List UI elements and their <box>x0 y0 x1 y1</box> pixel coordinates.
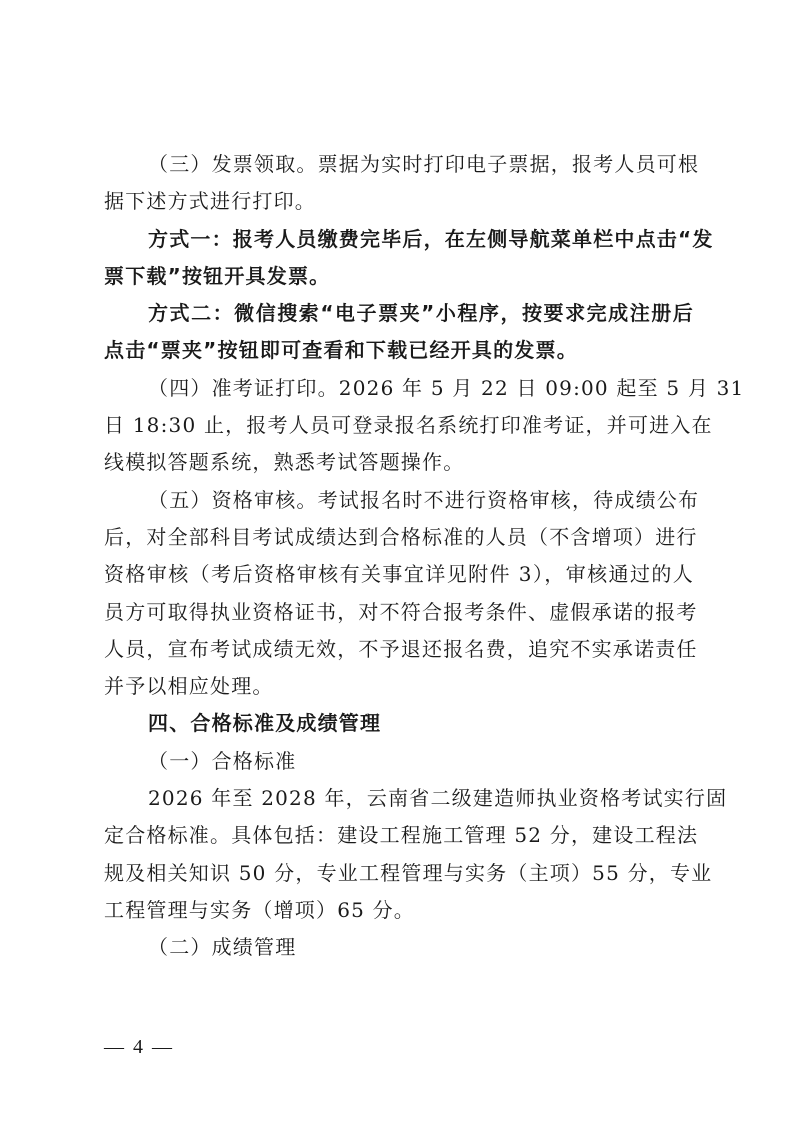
page-number: — 4 — <box>104 1036 174 1059</box>
section-heading-passing-and-scores: 四、合格标准及成绩管理 <box>104 705 694 742</box>
document-page: （三）发票领取。票据为实时打印电子票据，报考人员可根 据下述方式进行打印。 方式… <box>104 146 694 967</box>
text-line: 后，对全部科目考试成绩达到合格标准的人员（不含增项）进行 <box>104 519 694 556</box>
text-line: 票下载”按钮开具发票。 <box>104 258 694 295</box>
text-line: 工程管理与实务（增项）65 分。 <box>104 892 694 929</box>
heading-text: 四、合格标准及成绩管理 <box>104 705 694 742</box>
text-line: （四）准考证打印。2026 年 5 月 22 日 09:00 起至 5 月 31 <box>104 370 694 407</box>
text-line: 据下述方式进行打印。 <box>104 183 694 220</box>
text-line: 2026 年至 2028 年，云南省二级建造师执业资格考试实行固 <box>104 780 694 817</box>
heading-text: （一）合格标准 <box>104 743 694 780</box>
paragraph-method-one: 方式一：报考人员缴费完毕后，在左侧导航菜单栏中点击“发 票下载”按钮开具发票。 <box>104 221 694 296</box>
text-line: （三）发票领取。票据为实时打印电子票据，报考人员可根 <box>104 146 694 183</box>
text-line: 日 18:30 止，报考人员可登录报名系统打印准考证，并可进入在 <box>104 407 694 444</box>
subsection-heading-passing-standard: （一）合格标准 <box>104 743 694 780</box>
text-line: 并予以相应处理。 <box>104 668 694 705</box>
paragraph-qualification-review: （五）资格审核。考试报名时不进行资格审核，待成绩公布 后，对全部科目考试成绩达到… <box>104 482 694 706</box>
text-line: 方式一：报考人员缴费完毕后，在左侧导航菜单栏中点击“发 <box>104 221 694 258</box>
text-line: 员方可取得执业资格证书，对不符合报考条件、虚假承诺的报考 <box>104 594 694 631</box>
text-line: 定合格标准。具体包括：建设工程施工管理 52 分，建设工程法 <box>104 817 694 854</box>
text-line: 方式二：微信搜索“电子票夹”小程序，按要求完成注册后 <box>104 295 694 332</box>
paragraph-admission-ticket: （四）准考证打印。2026 年 5 月 22 日 09:00 起至 5 月 31… <box>104 370 694 482</box>
text-line: 点击“票夹”按钮即可查看和下载已经开具的发票。 <box>104 332 694 369</box>
text-line: 资格审核（考后资格审核有关事宜详见附件 3），审核通过的人 <box>104 556 694 593</box>
heading-text: （二）成绩管理 <box>104 929 694 966</box>
paragraph-method-two: 方式二：微信搜索“电子票夹”小程序，按要求完成注册后 点击“票夹”按钮即可查看和… <box>104 295 694 370</box>
text-line: 线模拟答题系统，熟悉考试答题操作。 <box>104 444 694 481</box>
paragraph-invoice-collection: （三）发票领取。票据为实时打印电子票据，报考人员可根 据下述方式进行打印。 <box>104 146 694 221</box>
text-line: 人员，宣布考试成绩无效，不予退还报名费，追究不实承诺责任 <box>104 631 694 668</box>
paragraph-passing-standard: 2026 年至 2028 年，云南省二级建造师执业资格考试实行固 定合格标准。具… <box>104 780 694 929</box>
text-line: （五）资格审核。考试报名时不进行资格审核，待成绩公布 <box>104 482 694 519</box>
text-line: 规及相关知识 50 分，专业工程管理与实务（主项）55 分，专业 <box>104 855 694 892</box>
subsection-heading-score-management: （二）成绩管理 <box>104 929 694 966</box>
